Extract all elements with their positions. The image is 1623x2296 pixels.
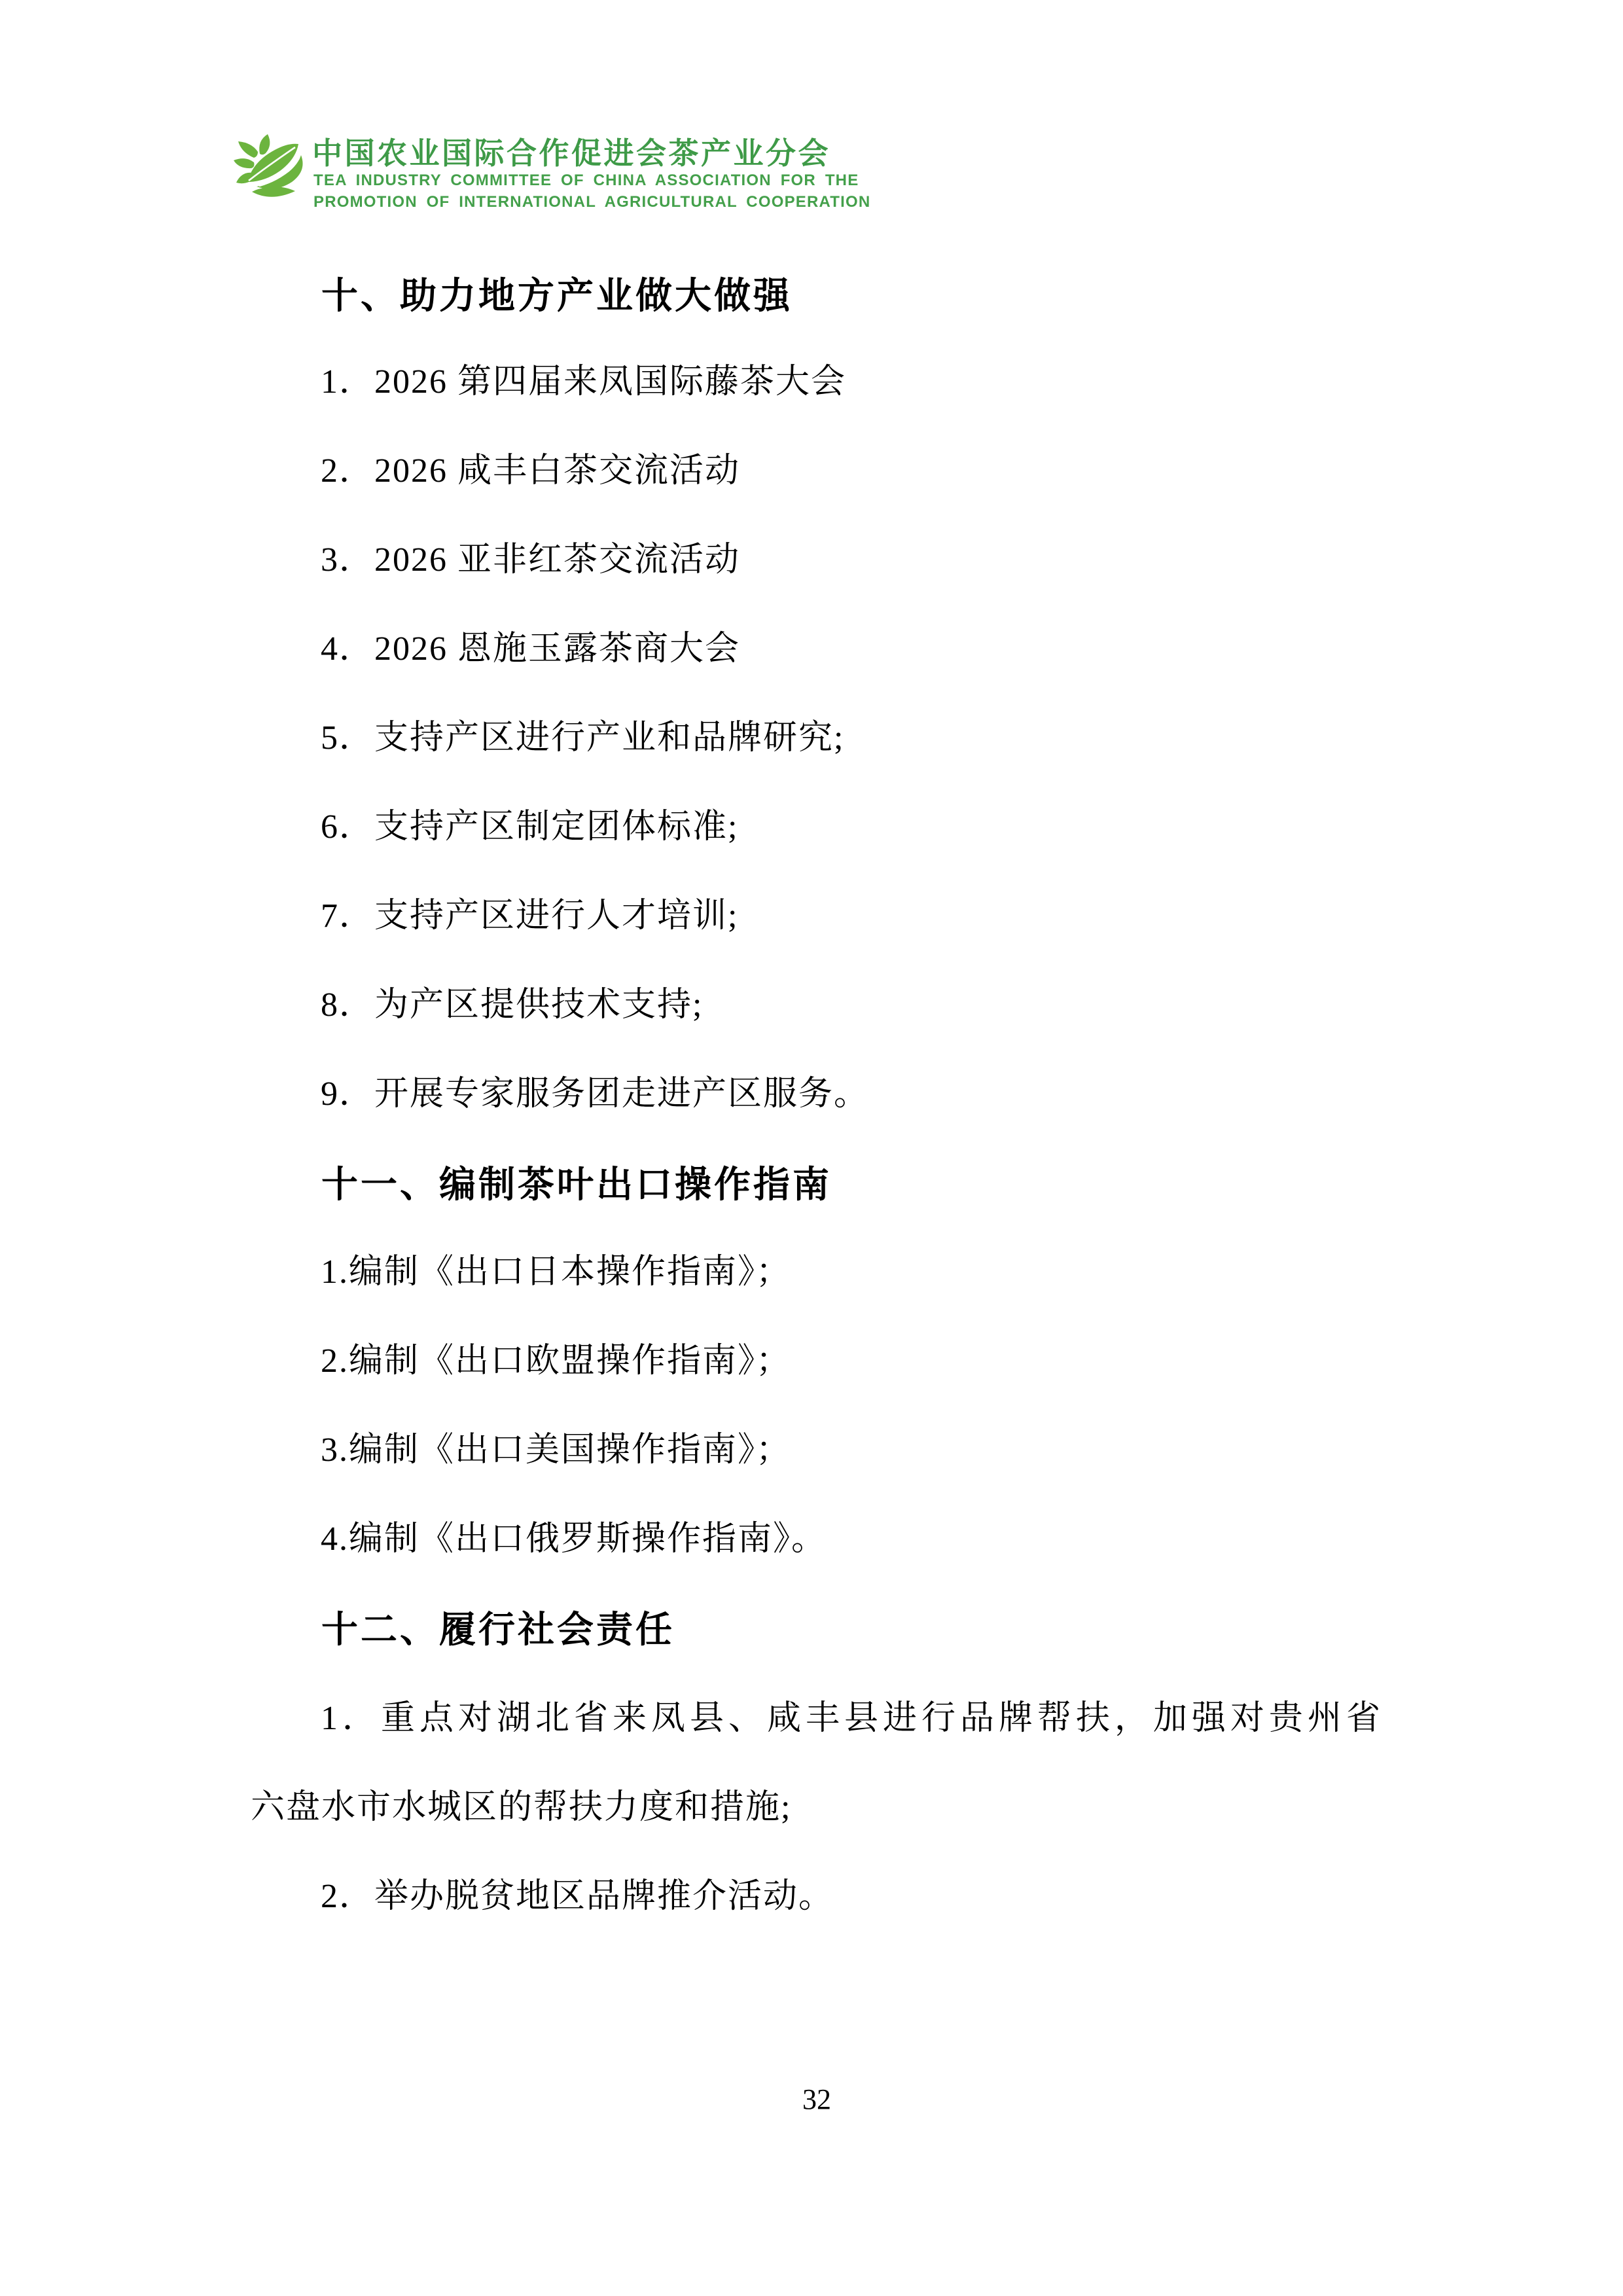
list-item: 2．2026 咸丰白茶交流活动	[321, 452, 740, 490]
list-item: 7．支持产区进行人才培训;	[321, 897, 738, 935]
list-item: 4．2026 恩施玉露茶商大会	[321, 630, 740, 668]
org-name-english-line1: TEA INDUSTRY COMMITTEE OF CHINA ASSOCIAT…	[313, 171, 859, 190]
list-item: 9．开展专家服务团走进产区服务。	[321, 1075, 869, 1113]
paragraph-line: 六盘水市水城区的帮扶力度和措施;	[251, 1789, 791, 1827]
section-heading-11: 十一、编制茶叶出口操作指南	[321, 1166, 832, 1204]
org-name-english-line2: PROMOTION OF INTERNATIONAL AGRICULTURAL …	[313, 193, 870, 211]
list-item: 2.编制《出口欧盟操作指南》；	[321, 1342, 791, 1380]
list-item: 2．举办脱贫地区品牌推介活动。	[321, 1878, 834, 1916]
section-heading-12: 十二、履行社会责任	[321, 1611, 675, 1649]
paragraph-line: 1．重点对湖北省来凤县、咸丰县进行品牌帮扶，加强对贵州省	[251, 1700, 1385, 1738]
list-item: 6．支持产区制定团体标准;	[321, 808, 738, 846]
list-item: 1．2026 第四届来凤国际藤茶大会	[321, 363, 846, 401]
org-name-chinese: 中国农业国际合作促进会茶产业分会	[312, 137, 830, 170]
list-item: 1.编制《出口日本操作指南》；	[321, 1253, 791, 1291]
list-item: 4.编制《出口俄罗斯操作指南》。	[321, 1520, 827, 1558]
list-item: 3.编制《出口美国操作指南》；	[321, 1431, 791, 1469]
section-heading-10: 十、助力地方产业做大做强	[321, 277, 793, 315]
tea-leaf-logo-icon	[233, 133, 313, 202]
page-number: 32	[802, 2084, 831, 2115]
org-logo-header: 中国农业国际合作促进会茶产业分会 TEA INDUSTRY COMMITTEE …	[0, 0, 1623, 236]
list-item: 3．2026 亚非红茶交流活动	[321, 541, 740, 579]
list-item: 5．支持产区进行产业和品牌研究;	[321, 719, 844, 757]
list-item: 8．为产区提供技术支持;	[321, 986, 703, 1024]
document-page: 中国农业国际合作促进会茶产业分会 TEA INDUSTRY COMMITTEE …	[0, 0, 1623, 2296]
